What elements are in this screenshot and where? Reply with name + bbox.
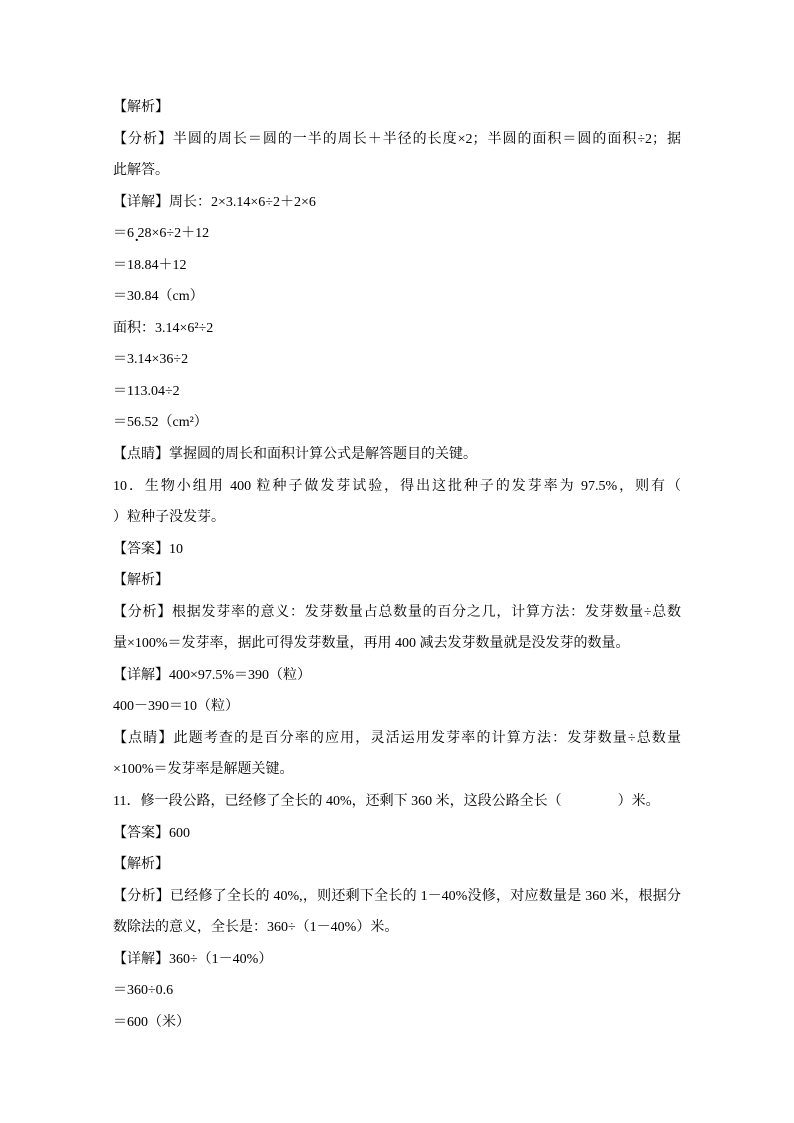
text-line-content: 量×100%＝发芽率，据此可得发芽数量，再用 400 减去发芽数量就是没发芽的数… — [113, 636, 630, 651]
text-line-content: ＝18.84＋12 — [113, 258, 187, 273]
text-line-content: 此解答。 — [113, 163, 169, 178]
text-line-content: 10．生物小组用 400 粒种子做发芽试验，得出这批种子的发芽率为 97.5%，… — [113, 479, 681, 494]
text-line-content: 【分析】已经修了全长的 40%,，则还剩下全长的 1－40%没修，对应数量是 3… — [113, 889, 681, 904]
text-line: 数除法的意义，全长是：360÷（1－40%）米。 — [113, 912, 681, 944]
text-line-content: 【详解】400×97.5%＝390（粒） — [113, 668, 311, 683]
text-line-content: 【详解】周长：2×3.14×6÷2＋2×6 — [113, 195, 316, 210]
text-line-content: ＝360÷0.6 — [113, 983, 173, 998]
text-line: 【点睛】掌握圆的周长和面积计算公式是解答题目的关键。 — [113, 439, 681, 471]
text-line: ）粒种子没发芽。 — [113, 502, 681, 534]
text-line: 【详解】360÷（1－40%） — [113, 944, 681, 976]
text-line-content: 【解析】 — [113, 573, 169, 588]
text-line: 【答案】600 — [113, 818, 681, 850]
text-line: 【解析】 — [113, 92, 681, 124]
document-page: 【解析】【分析】半圆的周长＝圆的一半的周长＋半径的长度×2；半圆的面积＝圆的面积… — [0, 0, 794, 1123]
text-line-content: 400－390＝10（粒） — [113, 699, 239, 714]
text-line-content: 【分析】半圆的周长＝圆的一半的周长＋半径的长度×2；半圆的面积＝圆的面积÷2；据 — [113, 132, 681, 147]
text-line-content: 【答案】600 — [113, 826, 190, 841]
text-line: ＝18.84＋12 — [113, 250, 681, 282]
text-line: 400－390＝10（粒） — [113, 691, 681, 723]
text-line-content: 【分析】根据发芽率的意义：发芽数量占总数量的百分之几，计算方法：发芽数量÷总数 — [113, 605, 681, 620]
text-line: ＝113.04÷2 — [113, 376, 681, 408]
text-line: 【详解】周长：2×3.14×6÷2＋2×6 — [113, 187, 681, 219]
text-line-content: ）粒种子没发芽。 — [113, 510, 225, 525]
text-line: 10．生物小组用 400 粒种子做发芽试验，得出这批种子的发芽率为 97.5%，… — [113, 471, 681, 503]
text-line-content: ＝113.04÷2 — [113, 384, 180, 399]
text-line-content: ×100%＝发芽率是解题关键。 — [113, 762, 294, 777]
text-line: 此解答。 — [113, 155, 681, 187]
text-line: 【点睛】此题考查的是百分率的应用，灵活运用发芽率的计算方法：发芽数量÷总数量 — [113, 723, 681, 755]
document-body: 【解析】【分析】半圆的周长＝圆的一半的周长＋半径的长度×2；半圆的面积＝圆的面积… — [113, 92, 681, 1038]
text-line: 量×100%＝发芽率，据此可得发芽数量，再用 400 减去发芽数量就是没发芽的数… — [113, 628, 681, 660]
text-line: 【解析】 — [113, 849, 681, 881]
text-line-content: 【点睛】掌握圆的周长和面积计算公式是解答题目的关键。 — [113, 447, 477, 462]
text-line-content: 【点睛】此题考查的是百分率的应用，灵活运用发芽率的计算方法：发芽数量÷总数量 — [113, 731, 681, 746]
text-line-content: ＝30.84（cm） — [113, 289, 204, 304]
text-line-content: ＝56.52（cm²） — [113, 415, 208, 430]
text-line: 11．修一段公路，已经修了全长的 40%，还剩下 360 米，这段公路全长（ ）… — [113, 786, 681, 818]
text-line: ＝600（米） — [113, 1007, 681, 1039]
text-line: ＝56.52（cm²） — [113, 407, 681, 439]
text-line-content: 【解析】 — [113, 857, 169, 872]
text-line: ＝3.14×36÷2 — [113, 344, 681, 376]
text-line: ＝360÷0.6 — [113, 975, 681, 1007]
text-line: 【答案】10 — [113, 534, 681, 566]
text-line: 【分析】半圆的周长＝圆的一半的周长＋半径的长度×2；半圆的面积＝圆的面积÷2；据 — [113, 124, 681, 156]
text-line-content: ＝6 28×6÷2＋12 — [113, 226, 209, 241]
text-line: ＝6 28×6÷2＋12. — [113, 218, 681, 250]
text-line: 【解析】 — [113, 565, 681, 597]
text-line: 【分析】根据发芽率的意义：发芽数量占总数量的百分之几，计算方法：发芽数量÷总数 — [113, 597, 681, 629]
stray-decimal-dot: . — [135, 231, 139, 245]
text-line-content: ＝600（米） — [113, 1015, 190, 1030]
text-line: 【分析】已经修了全长的 40%,，则还剩下全长的 1－40%没修，对应数量是 3… — [113, 881, 681, 913]
text-line-content: 面积：3.14×6²÷2 — [113, 321, 213, 336]
text-line-content: 【详解】360÷（1－40%） — [113, 952, 272, 967]
text-line: ×100%＝发芽率是解题关键。 — [113, 754, 681, 786]
text-line: 面积：3.14×6²÷2 — [113, 313, 681, 345]
text-line-content: 数除法的意义，全长是：360÷（1－40%）米。 — [113, 920, 398, 935]
text-line-content: 【答案】10 — [113, 542, 183, 557]
text-line-content: ＝3.14×36÷2 — [113, 352, 188, 367]
text-line-content: 【解析】 — [113, 100, 169, 115]
text-line: ＝30.84（cm） — [113, 281, 681, 313]
text-line-content: 11．修一段公路，已经修了全长的 40%，还剩下 360 米，这段公路全长（ ）… — [113, 794, 660, 809]
text-line: 【详解】400×97.5%＝390（粒） — [113, 660, 681, 692]
